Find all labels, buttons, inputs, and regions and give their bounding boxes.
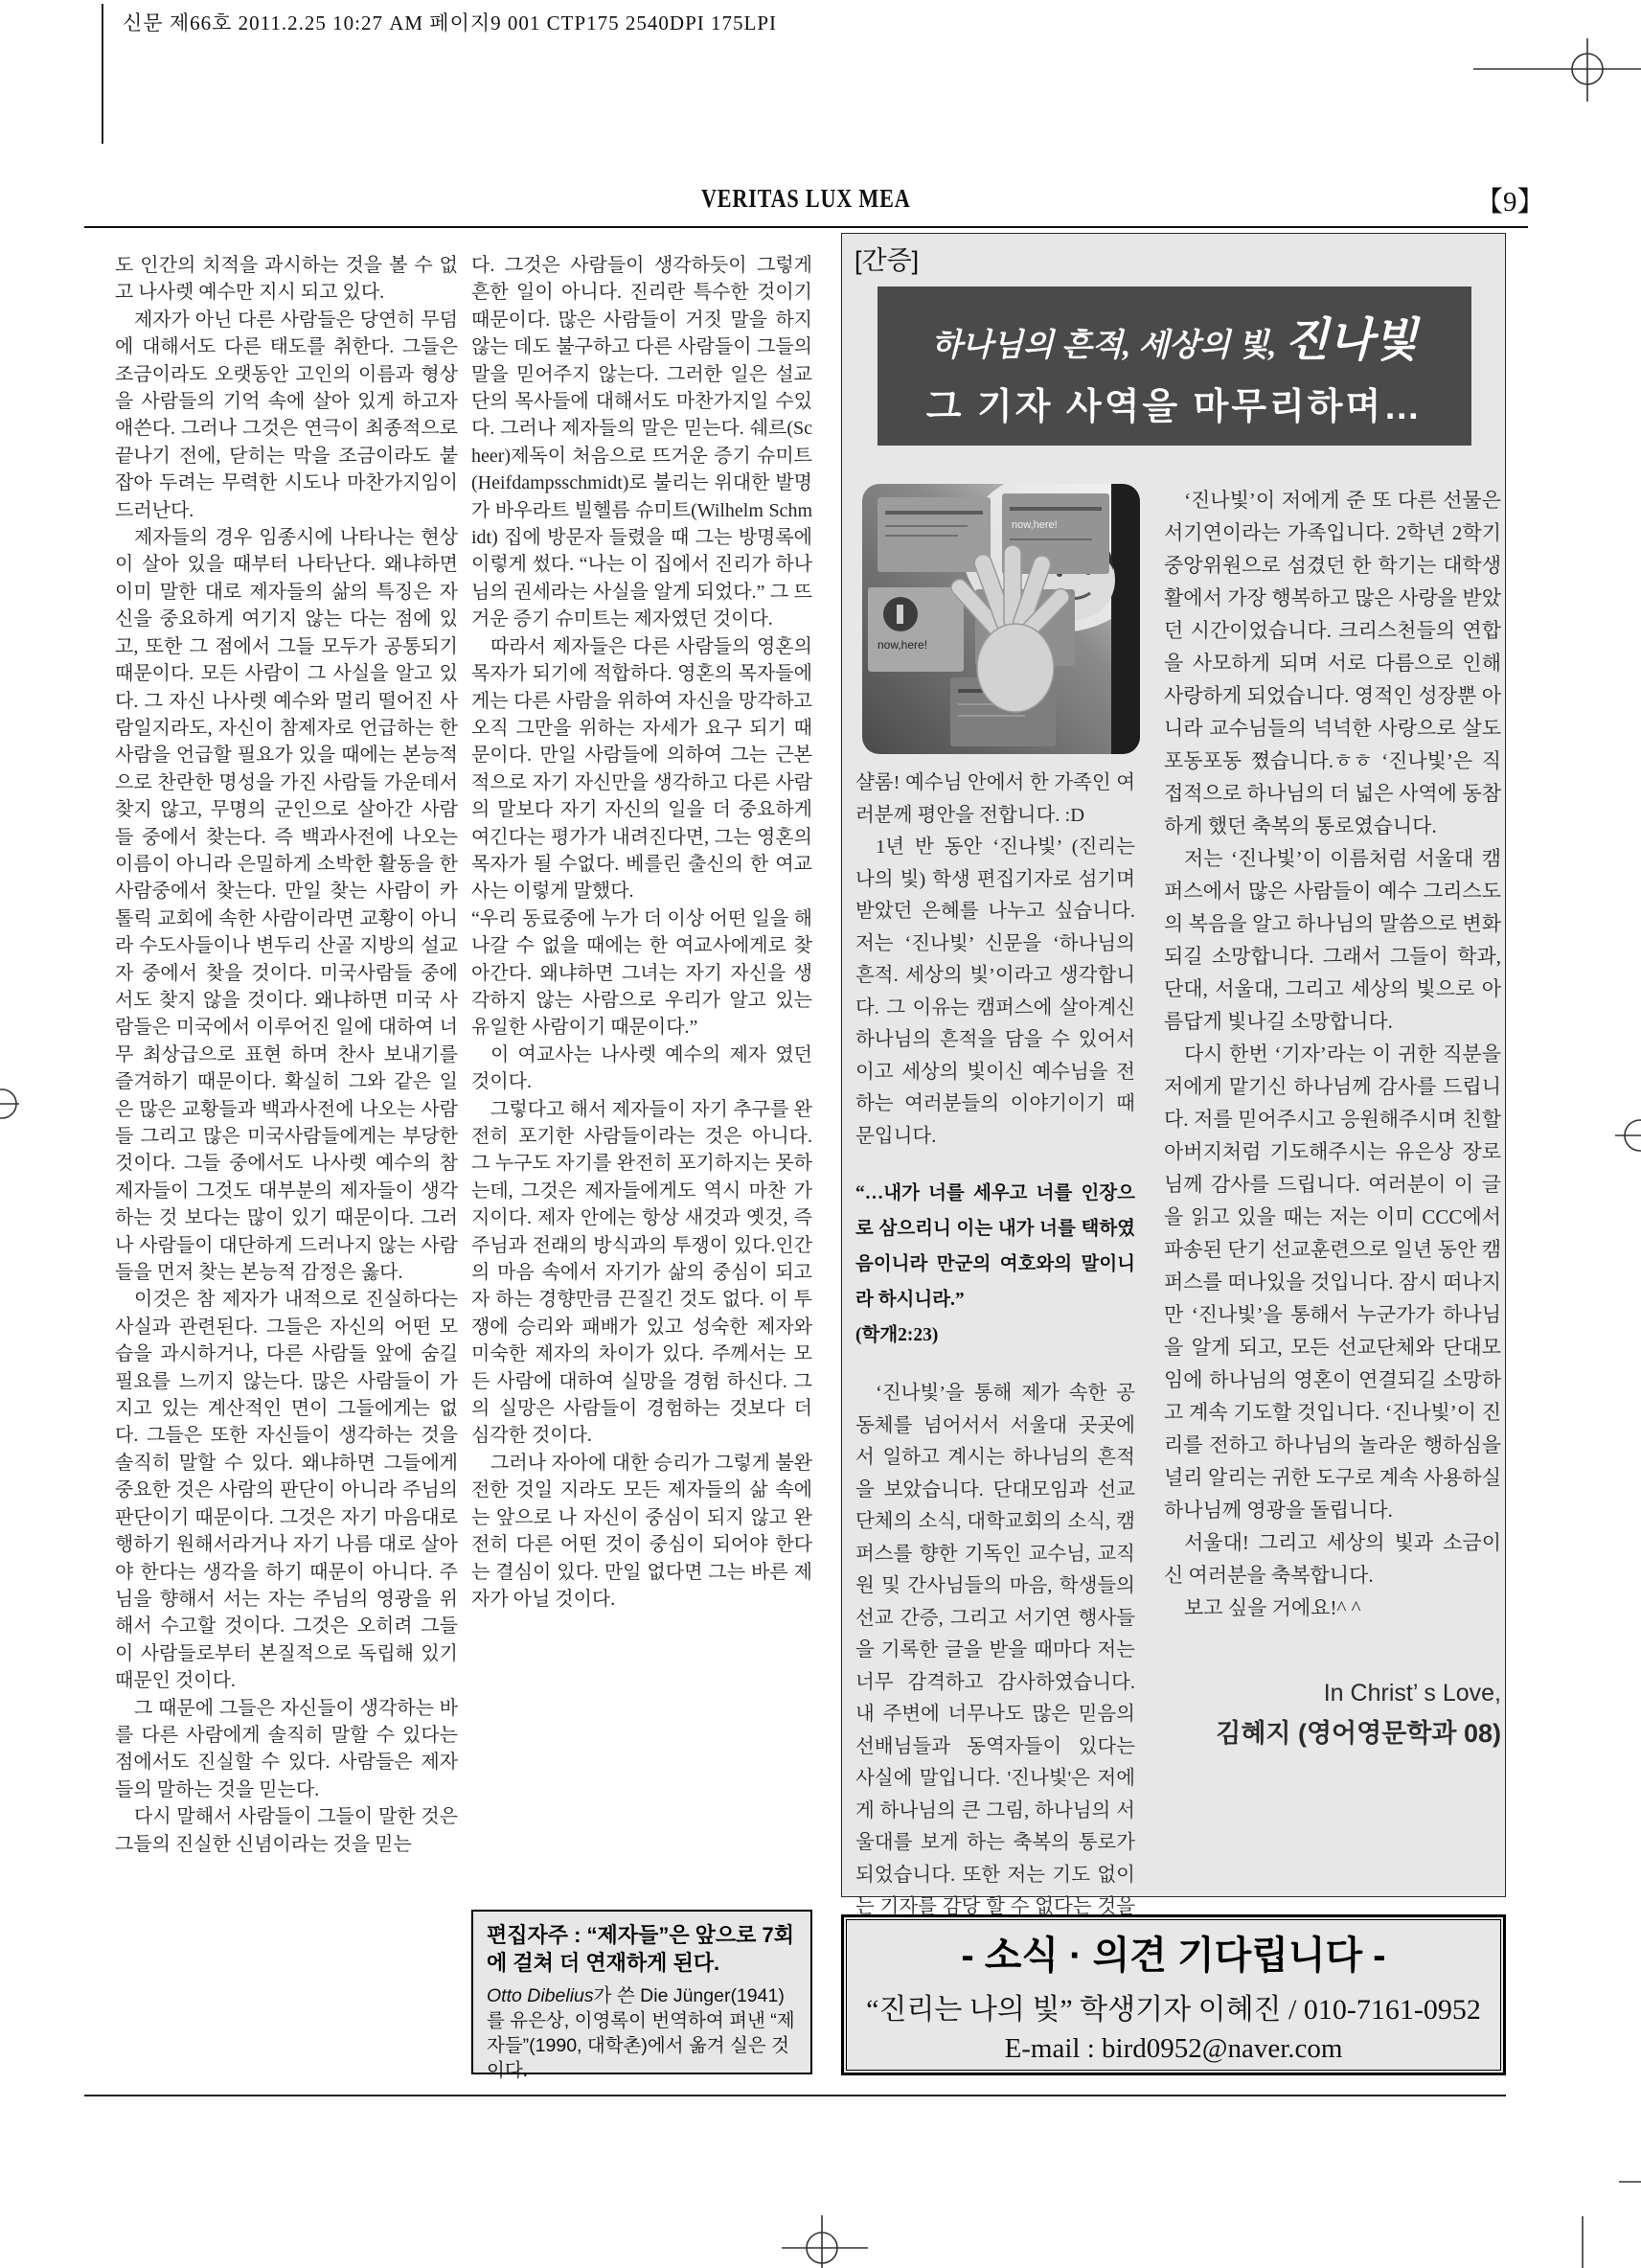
paragraph: 1년 반 동안 ‘진나빛’ (진리는 나의 빛) 학생 편집기자로 섬기며 받았… [855, 832, 1135, 1153]
paragraph: 그러나 자아에 대한 승리가 그렇게 불완전한 것일 지라도 모든 제자들의 삶… [471, 1450, 812, 1613]
banner-title: 진나빛 [1285, 315, 1418, 366]
paragraph: ‘진나빛’이 저에게 준 또 다른 선물은 서기연이라는 가족입니다. 2학년 … [1164, 484, 1501, 842]
scripture-quote: “…내가 너를 세우고 너를 인장으로 삼으리니 이는 내가 너를 택하였음이니… [855, 1176, 1135, 1353]
svg-text:now,here!: now,here! [877, 638, 927, 652]
editor-note-title: 편집자주 : “제자들”은 앞으로 7회에 걸쳐 더 연재하게 된다. [487, 1921, 797, 1977]
contact-title: - 소식 · 의견 기다립니다 - [961, 1925, 1385, 1980]
paragraph: 다. 그것은 사람들이 생각하듯이 그렇게 흔한 일이 아니다. 진리란 특수한… [471, 252, 812, 633]
registration-mark [1577, 2216, 1588, 2268]
article-column-2: 다. 그것은 사람들이 생각하듯이 그렇게 흔한 일이 아니다. 진리란 특수한… [471, 252, 812, 1613]
header-rule [84, 226, 1528, 228]
paragraph: 도 인간의 치적을 과시하는 것을 볼 수 없고 나사렛 예수만 지시 되고 있… [115, 252, 458, 307]
scripture-reference: (학개2:23) [855, 1325, 938, 1345]
paragraph: 서울대! 그리고 세상의 빛과 소금이신 여러분을 축복합니다. [1164, 1526, 1501, 1592]
contact-reporter-line: “진리는 나의 빛” 학생기자 이혜진 / 010-7161-0952 [866, 1985, 1481, 2027]
paragraph: 따라서 제자들은 다른 사람들의 영혼의 목자가 되기에 적합하다. 영혼의 목… [471, 633, 812, 905]
signature-line2: 김혜지 (영어영문학과 08) [1164, 1712, 1501, 1754]
registration-mark [782, 2213, 868, 2268]
contact-box-inner: - 소식 · 의견 기다립니다 - “진리는 나의 빛” 학생기자 이혜진 / … [846, 1919, 1501, 2071]
registration-mark [1615, 1110, 1641, 1161]
testimony-column-left: 샬롬! 예수님 안에서 한 가족인 여러분께 평안을 전합니다. :D 1년 반… [855, 767, 1135, 2020]
article-column-1: 도 인간의 치적을 과시하는 것을 볼 수 없고 나사렛 예수만 지시 되고 있… [115, 252, 458, 1858]
paragraph: 다시 한번 ‘기자’라는 이 귀한 직분을 저에게 맡기신 하나님께 감사를 드… [1164, 1038, 1501, 1526]
prepress-crop-line [102, 4, 103, 144]
banner-line1: 하나님의 흔적, 세상의 빛, 진나빛 [931, 303, 1417, 369]
registration-mark [1466, 38, 1641, 102]
testimony-photo: now,here! now,here! now,here! [862, 484, 1140, 754]
masthead: VERITAS LUX MEA [84, 184, 1528, 214]
newspaper-page: 신문 제66호 2011.2.25 10:27 AM 페이지9 001 CTP1… [0, 0, 1641, 2268]
paragraph: 제자가 아닌 다른 사람들은 당연히 무덤에 대해서도 다른 태도를 취한다. … [115, 307, 458, 524]
footer-rule [84, 2095, 1506, 2096]
paragraph: 다시 말해서 사람들이 그들이 말한 것은 그들의 진실한 신념이라는 것을 믿… [115, 1803, 458, 1858]
paragraph: 그렇다고 해서 제자들이 자기 추구를 완전히 포기한 사람들이라는 것은 아니… [471, 1096, 812, 1450]
signature-line1: In Christ’ s Love, [1164, 1674, 1501, 1712]
editor-note-box: 편집자주 : “제자들”은 앞으로 7회에 걸쳐 더 연재하게 된다. Otto… [471, 1910, 812, 2074]
paragraph: 제자들의 경우 임종시에 나타나는 현상이 살아 있을 때부터 나타난다. 왜냐… [115, 524, 458, 1286]
registration-mark [0, 1081, 19, 1127]
banner-line2: 그 기자 사역을 마무리하며… [926, 377, 1423, 429]
testimony-column-right: ‘진나빛’이 저에게 준 또 다른 선물은 서기연이라는 가족입니다. 2학년 … [1164, 484, 1501, 1754]
contact-box: - 소식 · 의견 기다립니다 - “진리는 나의 빛” 학생기자 이혜진 / … [841, 1914, 1506, 2075]
page-number: 【9】 [1475, 180, 1545, 219]
prepress-info-text: 신문 제66호 2011.2.25 10:27 AM 페이지9 001 CTP1… [123, 8, 777, 36]
paragraph: 보고 싶을 거에요!^ ^ [1164, 1592, 1501, 1624]
svg-text:now,here!: now,here! [1012, 519, 1058, 531]
contact-email-line: E-mail : bird0952@naver.com [1005, 2033, 1343, 2065]
page-title: VERITAS LUX MEA [701, 184, 911, 214]
editor-note-body: Otto Dibelius가 쓴 Die Jünger(1941)를 유은상, … [487, 1983, 797, 2083]
paragraph: “우리 동료중에 누가 더 이상 어떤 일을 해나갈 수 없을 때에는 한 여교… [471, 905, 812, 1042]
paragraph: 저는 ‘진나빛’이 이름처럼 서울대 캠퍼스에서 많은 사람들이 예수 그리스도… [1164, 842, 1501, 1038]
paragraph: 그 때문에 그들은 자신들이 생각하는 바를 다른 사람에게 솔직히 말할 수 … [115, 1695, 458, 1804]
paragraph: 이것은 참 제자가 내적으로 진실하다는 사실과 관련된다. 그들은 자신의 어… [115, 1286, 458, 1694]
testimony-banner: 하나님의 흔적, 세상의 빛, 진나빛 그 기자 사역을 마무리하며… [877, 286, 1471, 446]
paragraph: 이 여교사는 나사렛 예수의 제자 였던 것이다. [471, 1042, 812, 1096]
testimony-label: [간증] [855, 240, 919, 277]
editor-note-author: Otto Dibelius [487, 1985, 594, 2006]
registration-mark [1619, 2177, 1641, 2187]
signature: In Christ’ s Love, 김혜지 (영어영문학과 08) [1164, 1674, 1501, 1754]
paragraph: 샬롬! 예수님 안에서 한 가족인 여러분께 평안을 전합니다. :D [855, 767, 1135, 832]
